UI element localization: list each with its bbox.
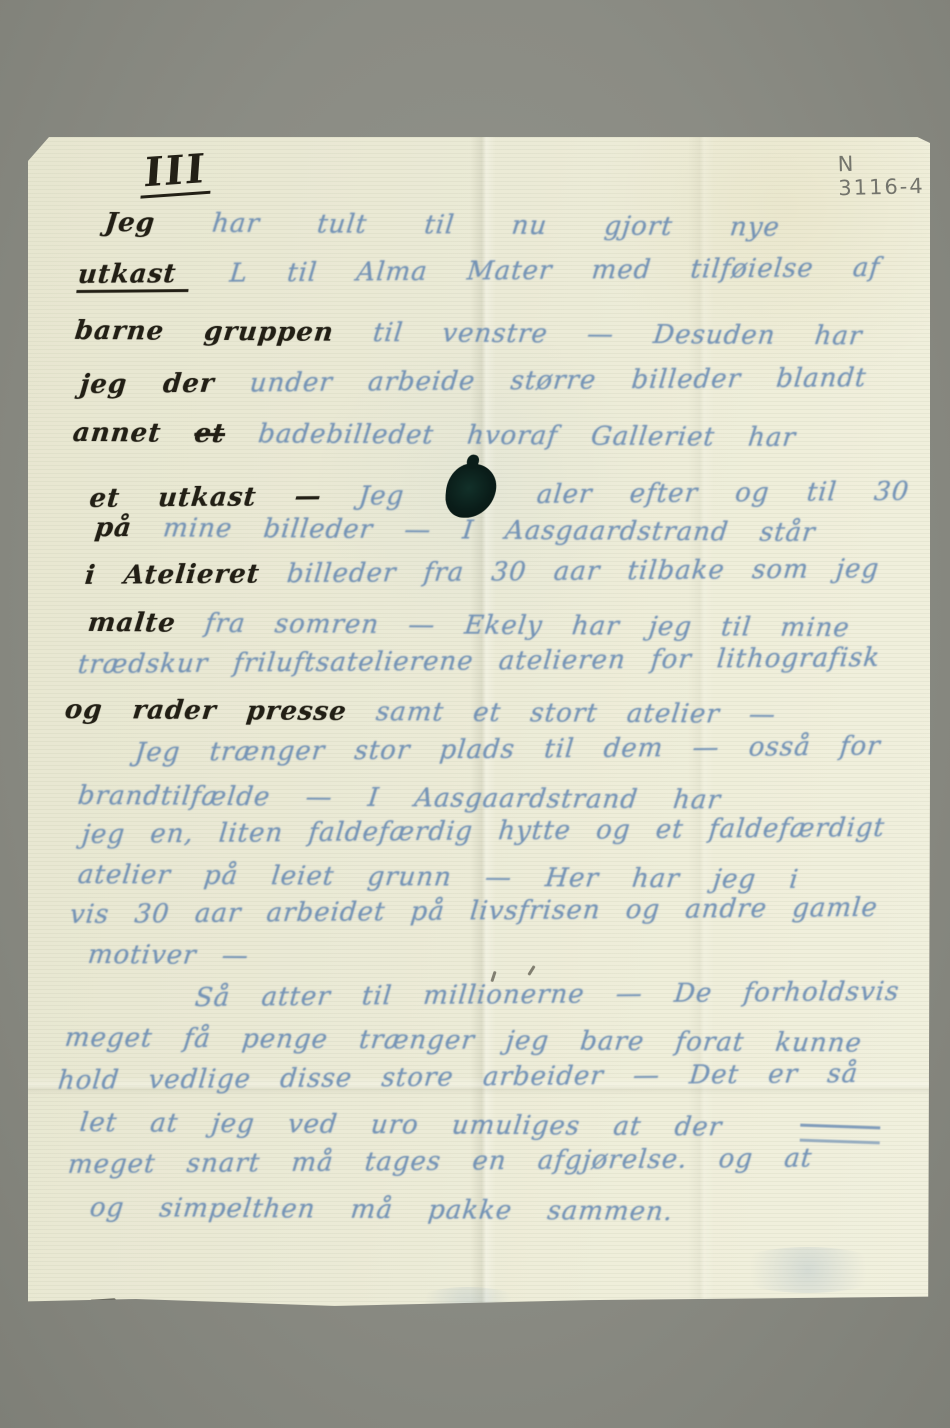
handwriting-segment: atelier på leiet grunn — Her har jeg i [76, 860, 800, 895]
handwriting-line: hold vedlige disse store arbeider — Det … [57, 1061, 860, 1094]
crossed-out-word-scribble [800, 1124, 881, 1145]
ink-tick-mark [527, 965, 535, 976]
handwriting-line: atelier på leiet grunn — Her har jeg i [77, 862, 801, 893]
handwriting-line: meget få penge trænger jeg bare forat ku… [64, 1025, 864, 1057]
ink-smudge [728, 1247, 888, 1293]
handwriting-segment: Så atter til millionerne — De forholdsvi… [194, 977, 901, 1013]
ink-smudge [408, 1287, 528, 1327]
handwriting-line: utkast L til Alma Mater med tilføielse a… [77, 255, 882, 288]
handwriting-line: Jeg trænger stor plads til dem — osså fo… [134, 733, 882, 766]
handwriting-line: annet et badebilledet hvoraf Galleriet h… [72, 420, 798, 451]
handwriting-line: et utkast — Jeg aler efter og til 30 aar [87, 459, 950, 521]
handwriting-line: og rader presse samt et stort atelier — [64, 697, 778, 728]
paper-edge-nick [90, 1298, 116, 1304]
handwriting-segment: motiver — [86, 940, 250, 971]
handwriting-segment: på [93, 513, 133, 543]
handwriting-segment: barne gruppen [73, 316, 335, 348]
handwriting-segment: i Atelieret [84, 559, 262, 591]
handwriting-segment: til venstre — Desuden har [371, 318, 864, 351]
handwriting-line: barne gruppen til venstre — Desuden har [74, 318, 864, 349]
handwriting-line: jeg der under arbeide større billeder bl… [79, 365, 868, 398]
handwriting-segment: mine billeder — I Aasgaardstrand står [162, 513, 818, 548]
handwriting-line: malte fra somren — Ekely har jeg til min… [87, 610, 852, 641]
handwriting-segment: meget få penge trænger jeg bare forat ku… [63, 1023, 863, 1059]
handwriting-line: meget snart må tages en afgjørelse. og a… [67, 1145, 814, 1178]
handwriting-line: på mine billeder — I Aasgaardstrand står [94, 515, 818, 546]
handwriting-line: Så atter til millionerne — De forholdsvi… [194, 979, 901, 1011]
handwriting-segment: og simpelthen må pakke sammen. [88, 1193, 674, 1227]
archival-number: N 3116-4 [837, 150, 930, 200]
handwriting-segment: samt et stort atelier — [374, 697, 777, 730]
handwriting-segment: Jeg [357, 481, 405, 511]
handwriting-segment: brandtilfælde — I Aasgaardstrand har [76, 781, 722, 815]
handwriting-line: jeg en, liten faldefærdig hytte og et fa… [81, 815, 886, 848]
handwriting-segment: Jeg [103, 208, 156, 238]
handwriting-segment: meget snart må tages en afgjørelse. og a… [67, 1143, 814, 1180]
handwriting-line: motiver — [87, 942, 251, 969]
handwriting-segment: har tult til nu gjort nye [211, 209, 782, 243]
handwriting-segment: og rader presse [63, 695, 348, 727]
handwriting-line: let at jeg ved uro umuliges at der [79, 1110, 724, 1140]
handwriting-segment: vis 30 aar arbeidet på livsfrisen og and… [69, 893, 880, 930]
handwriting-segment: et utkast — [88, 482, 323, 514]
letter-page: III N 3116-4 Jeg har tult til nu gjort n… [28, 137, 930, 1306]
handwriting-line: vis 30 aar arbeidet på livsfrisen og and… [69, 895, 879, 928]
page-number-heading: III [140, 146, 213, 198]
handwriting-line: brandtilfælde — I Aasgaardstrand har [77, 783, 723, 813]
handwriting-segment: jeg der [79, 369, 216, 400]
handwriting-segment: jeg en, liten faldefærdig hytte og et fa… [81, 813, 887, 850]
handwriting-line: trædskur friluftsatelierene atelieren fo… [77, 645, 882, 678]
handwriting-segment: under arbeide større billeder blandt [248, 363, 868, 398]
handwriting-segment: trædskur friluftsatelierene atelieren fo… [77, 643, 882, 680]
paper-edge-nick [568, 1301, 586, 1306]
handwriting-segment: Jeg trænger stor plads til dem — osså fo… [134, 731, 883, 768]
handwriting-line: og simpelthen må pakke sammen. [89, 1195, 675, 1225]
handwriting-segment: hold vedlige disse store arbeider — Det … [57, 1059, 860, 1096]
handwriting-line: i Atelieret billeder fra 30 aar tilbake … [84, 556, 881, 589]
handwriting-segment: L til Alma Mater med tilføielse af [228, 253, 881, 289]
handwriting-segment: utkast [76, 259, 192, 293]
handwriting-segment: billeder fra 30 aar tilbake som jeg [286, 554, 881, 589]
handwriting-segment-struck: et [193, 419, 227, 449]
handwriting-segment: annet [71, 418, 163, 449]
ink-blot [443, 463, 498, 517]
handwriting-segment: badebilledet hvoraf Galleriet har [257, 419, 798, 453]
handwriting-segment: fra somren — Ekely har jeg til mine [203, 609, 851, 643]
handwriting-segment: let at jeg ved uro umuliges at der [78, 1108, 724, 1142]
handwriting-line: Jeg har tult til nu gjort nye [104, 210, 782, 241]
handwriting-segment: malte [86, 608, 177, 639]
handwriting-segment: aler efter og til 30 aar [535, 476, 950, 510]
